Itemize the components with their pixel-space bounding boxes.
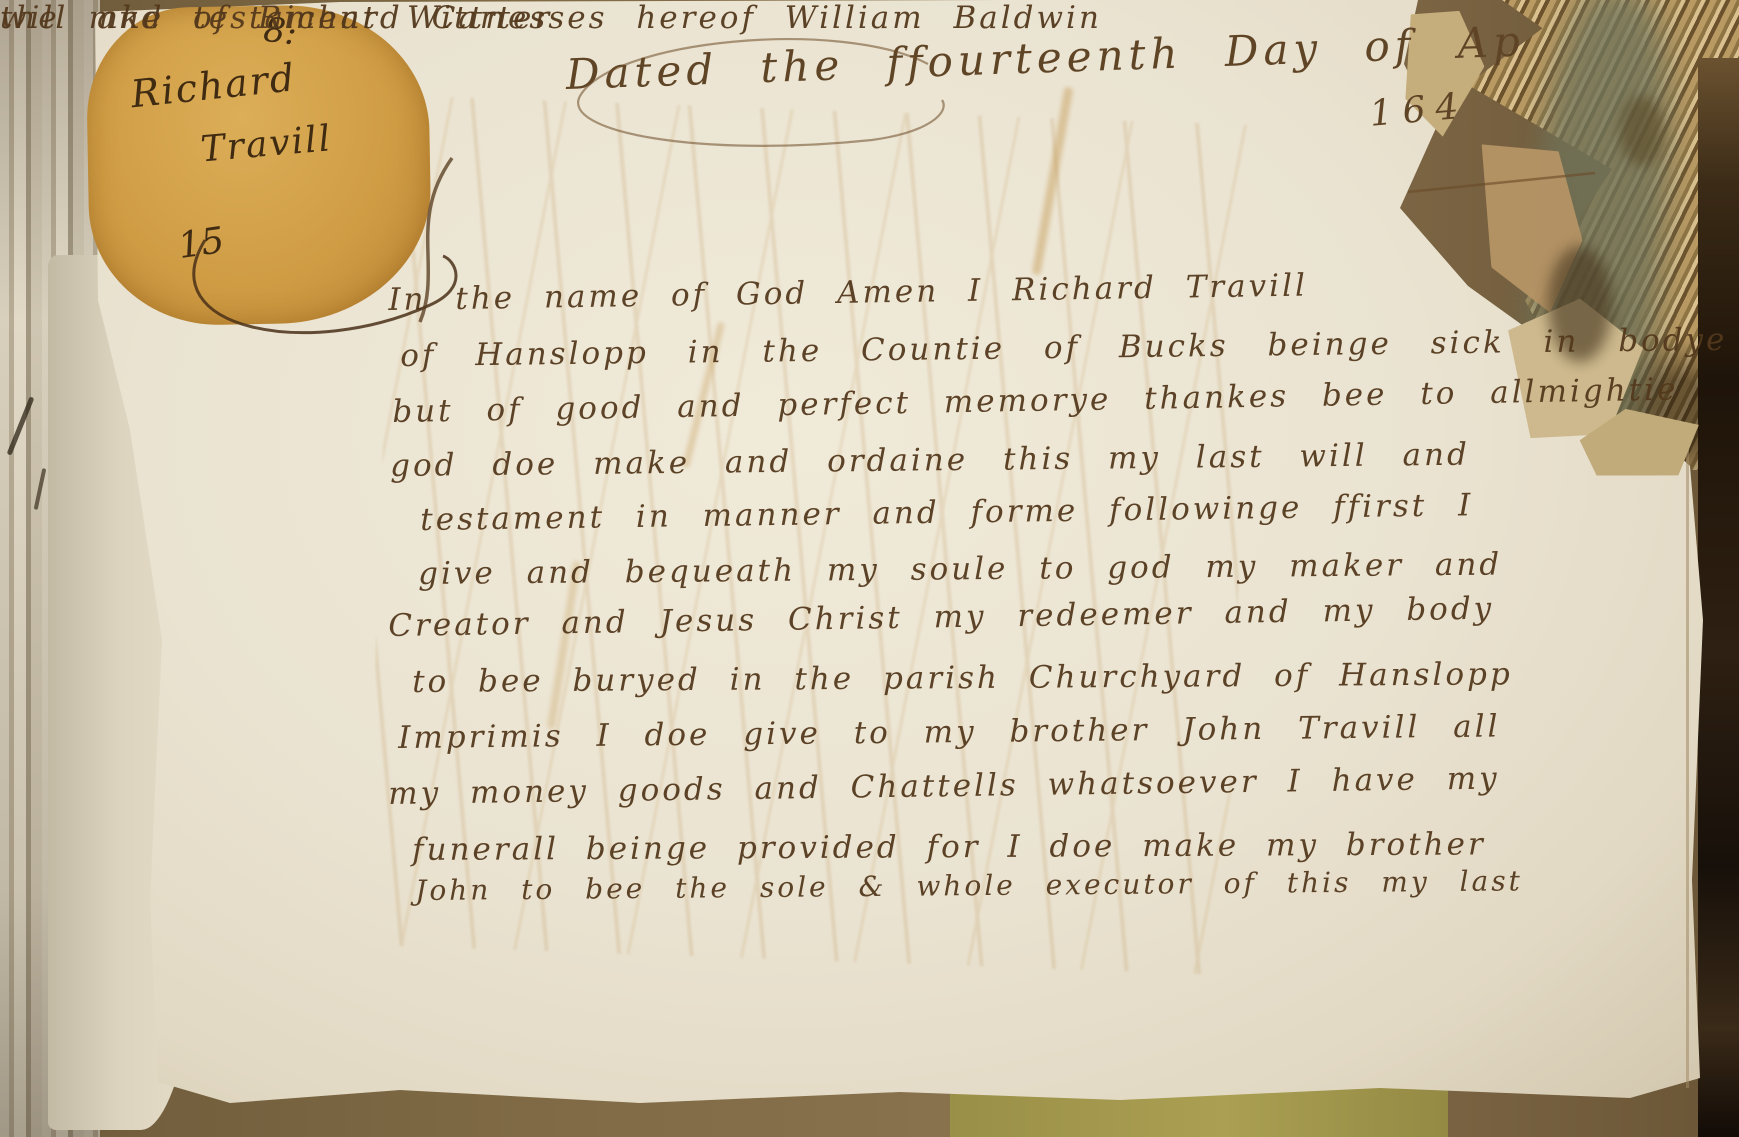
heading-year: 164 <box>1368 85 1470 134</box>
manuscript-line: Creator and Jesus Christ my redeemer and… <box>388 591 1494 644</box>
manuscript-line: In the name of God Amen I Richard Travil… <box>388 268 1308 318</box>
manuscript-line: give and bequeath my soule to god my mak… <box>418 547 1502 592</box>
manuscript-line: Imprimis I doe give to my brother John T… <box>398 708 1501 756</box>
manuscript-line: my money goods and Chattells whatsoever … <box>388 760 1500 812</box>
manuscript-line: to bee buryed in the parish Churchyard o… <box>412 656 1513 700</box>
manuscript-line: god doe make and ordaine this my last wi… <box>390 437 1470 484</box>
manuscript-line: of Hanslopp in the Countie of Bucks bein… <box>400 322 1728 374</box>
manuscript-line: testament in manner and forme followinge… <box>420 487 1474 538</box>
manuscript-line: John to bee the sole & whole executor of… <box>415 864 1523 907</box>
manuscript-line: the mke of Richard Carter <box>0 0 552 36</box>
manuscript-line: funerall beinge provided for I doe make … <box>412 826 1486 868</box>
manuscript-photo: 8: Richard Travill 15 Dated the ffourtee… <box>0 0 1739 1137</box>
manuscript-text-layer: Dated the ffourteenth Day of Ap 164 In t… <box>0 0 1739 1137</box>
manuscript-line: but of good and perfect memorye thankes … <box>392 372 1679 430</box>
